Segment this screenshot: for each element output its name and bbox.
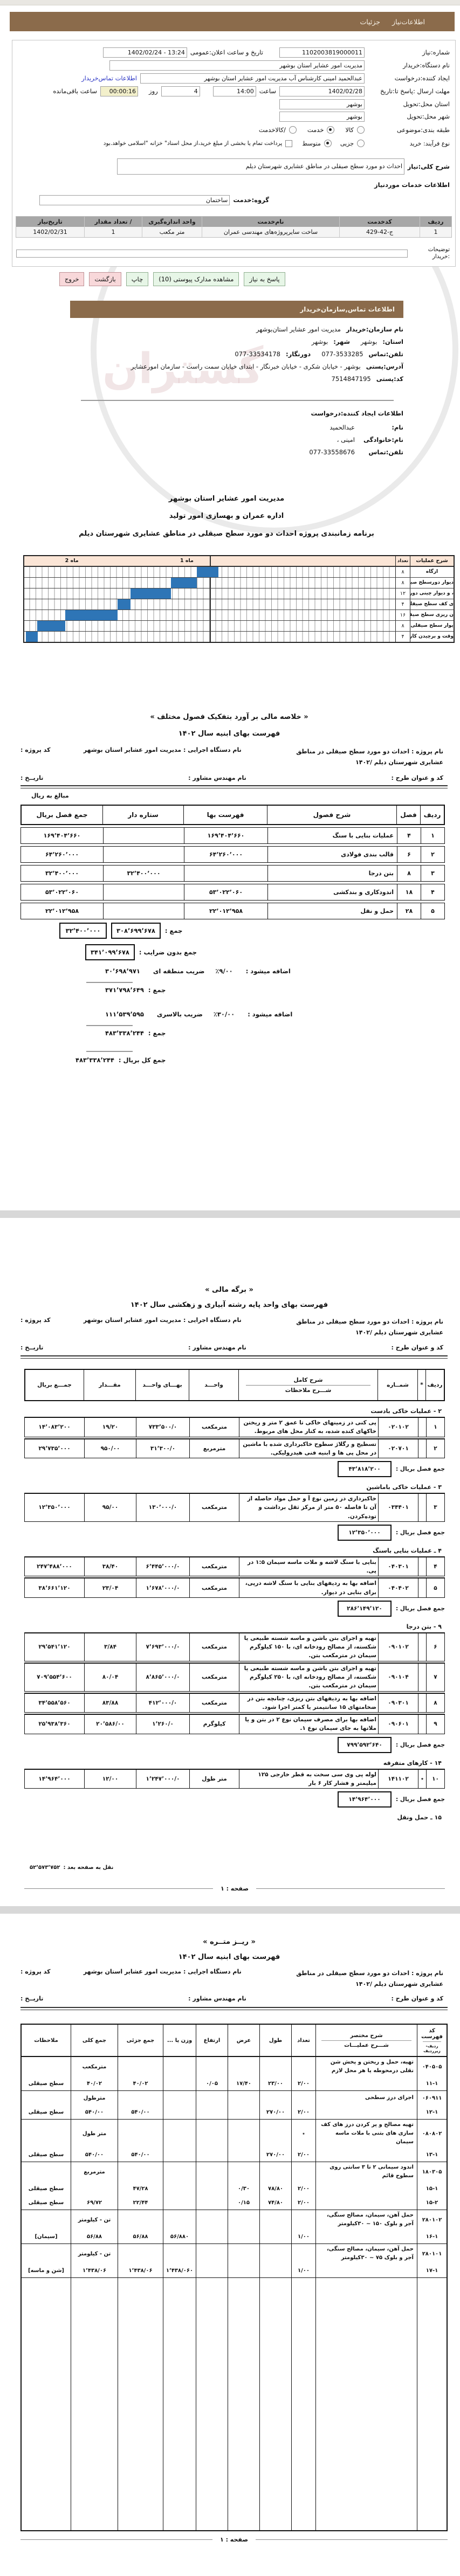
cell-total: ۳۸٬۶۶۱٬۱۲۰ — [25, 1578, 84, 1597]
rule — [86, 982, 133, 983]
tab-details[interactable]: جزئیات — [360, 18, 380, 26]
section-title: ۳ - عملیات خاکی باماشین — [24, 1483, 445, 1492]
action-button[interactable]: پاسخ به نیاز — [244, 272, 285, 286]
col-notes: ملاحظات — [22, 2025, 71, 2056]
cell-length: ۲۷۰/۰۰ — [259, 2148, 291, 2162]
remaining-time-input[interactable]: 00:00:16 — [100, 86, 138, 96]
riz-body: ۰۴۰۵۰۵ تهیه، حمل و ریختن و پخش شن نقلی د… — [22, 2057, 447, 2530]
cell-empty — [196, 2162, 228, 2182]
cell-unit: متر مکعب — [142, 227, 202, 237]
consultant-label: نام مهندس مشاور : — [188, 1344, 246, 1351]
col-quantity: مقـــدار — [84, 1370, 135, 1400]
riz-subtitle: فهرست بهای ابنیه سال ۱۴۰۲ — [19, 1953, 440, 1961]
action-button[interactable]: چاپ — [126, 272, 148, 286]
cell-star — [291, 2162, 315, 2182]
cell-grand-sum — [71, 2182, 118, 2196]
action-button[interactable]: بازگشت — [89, 272, 121, 286]
cell-note: سطح صیقلی — [22, 2182, 71, 2196]
cell-index: ۱ — [421, 828, 444, 843]
contact-line: کد:پستی7514847195 — [54, 375, 403, 383]
cell-total: ۱۴٬۹۶۴٬۰۰۰ — [25, 1770, 84, 1789]
page-number: صفحه : ۱ — [220, 2536, 248, 2543]
cell-grand-sum: ۵۴۰/۰۰ — [71, 2148, 118, 2162]
sum3-label: جمع : — [148, 1029, 166, 1037]
summary-row: ۵ ۲۸ حمل و نقل ۲۲٬۰۱۲٬۹۵۸ ۲۲٬۰۱۲٬۹۵۸ — [20, 903, 445, 919]
cell-empty — [163, 2091, 196, 2105]
cell-unit: مترمکعب — [189, 1578, 239, 1597]
cell-partial-sum: ۱٬۴۳۸/۰۶ — [118, 2263, 163, 2277]
riz-sub-row: ۱۳-۱ ۲/۰۰ ۲۷۰/۰۰ ۵۴۰/۰۰ ۵۴۰/۰۰ سطح — [22, 2148, 447, 2162]
remaining-label: ساعت باقی‌مانده — [53, 87, 97, 95]
cell-empty — [259, 2091, 291, 2105]
creator-block: اطلاعات ایجاد کننده:درخواست نام:عبدالحمی… — [54, 410, 403, 461]
cell-empty — [315, 2148, 417, 2162]
cell-empty — [196, 2057, 228, 2076]
cell-weight: ۵۶/۸۸۰ — [163, 2229, 196, 2243]
cell-sub-id: ۱۵-۲ — [417, 2196, 447, 2210]
cell-note: سطح صیقلی — [22, 2148, 71, 2162]
gantt-bar — [65, 610, 117, 620]
request-creator-label: ایجاد کننده:درخواست — [368, 74, 450, 82]
gantt-row: وقت و برچیدن کارگاه ۴ — [24, 631, 454, 642]
radio-goods[interactable] — [357, 126, 365, 134]
cell-index: ۲ — [426, 1439, 444, 1458]
summary-subtitle: فهرست بهای ابنیه سال ۱۴۰۲ — [19, 730, 440, 738]
double-rule — [20, 2007, 448, 2010]
gantt-bar — [37, 621, 65, 631]
services-heading: اطلاعات خدمات موردنیاز — [374, 179, 450, 190]
gantt-grid — [24, 567, 395, 577]
cell-chapter-total: ۳۲٬۴۰۰٬۰۰۰ — [21, 865, 103, 881]
date-label: تاریــخ : — [20, 1995, 43, 2002]
agency-label: نام دستگاه اجرایی : — [183, 1317, 242, 1324]
gantt-row: ن ریزی سطح صیقلی ۱۶ — [24, 610, 454, 620]
cell-desc: تهیه، حمل و ریختن و پخش شن نقلی درمحوطه … — [315, 2057, 417, 2076]
finsheet-row: ۵ ۰۴۰۴۰۲ اضافه بها به ردیفهای بنایی با س… — [24, 1577, 445, 1598]
gantt-row: یوار سطح صیقلی ۸ — [24, 620, 454, 631]
top-window-strip — [0, 0, 460, 5]
cell-empty — [22, 2210, 71, 2229]
service-table-body: 1 ج-42-429 ساخت سایرپروژه‌های مهندسی عمر… — [16, 227, 451, 237]
cell-service-name: ساخت سایرپروژه‌های مهندسی عمران — [202, 227, 339, 237]
section-title: ۱۴ - کارهای متفرقه — [24, 1758, 445, 1768]
cell-empty — [22, 2120, 71, 2148]
cell-length: ۷۴/۸۰ — [259, 2196, 291, 2210]
cell-desc: اجرای درز سطحی — [315, 2091, 417, 2105]
page-separator — [0, 1210, 460, 1218]
gantt-row: ، و دیوار چینی دور ۱۲ — [24, 588, 454, 599]
gantt-body: ارگاه ۸ دیوار دورسطح صیقلی ۸ ، و دیوار چ… — [24, 566, 454, 642]
chapter-total-line: جمع فصل بریال : ۴۳٬۸۱۸٬۲۰۰ — [24, 1461, 445, 1477]
cell-sub-id: ۱۶-۱ — [417, 2229, 447, 2243]
project-label: نام پروژه : — [411, 1970, 443, 1977]
finsheet-footer: صفحه : ۱ — [24, 1885, 445, 1892]
org-contact-bar-title: اطلاعات تماس,سازمان‌خریدار — [300, 306, 395, 313]
cell-chapter: ۲۸ — [397, 903, 421, 919]
chapter-total-label: جمع فصل بریال : — [396, 1605, 445, 1612]
cell-desc: تسطیح و رگلاژ سطوح خاکبرداری شده با ماشی… — [239, 1439, 378, 1458]
cell-length — [259, 2263, 291, 2277]
cell-empty — [163, 2244, 196, 2263]
cell-empty — [259, 2162, 291, 2182]
radio-small-purchase[interactable] — [357, 140, 365, 147]
contact-line: آدرس:پستیبوشهر - خیابان شکری - خیابان خب… — [54, 363, 403, 370]
cell-total: ۲۵٬۹۳۸٬۳۶۰ — [25, 1715, 84, 1734]
contact-line: نام سازمان:خریدارمدیریت امور عشایر استان… — [54, 326, 403, 333]
cell-unit: متر طول — [189, 1770, 239, 1789]
cell-chapter-desc: بتن درجا — [267, 865, 397, 881]
finsheet-meta-2: کد و عنوان طرح : نام مهندس مشاور : تاریـ… — [16, 1344, 448, 1351]
chapter-total-label: جمع فصل بریال : — [396, 1466, 445, 1472]
cell-width — [228, 2148, 259, 2162]
chapter-total-label: جمع فصل بریال : — [396, 1529, 445, 1536]
cell-empty — [315, 2263, 417, 2277]
buyer-notes-input[interactable] — [16, 250, 408, 258]
cell-star — [418, 1715, 426, 1734]
cell-star — [418, 1694, 426, 1713]
cell-empty — [196, 2091, 228, 2105]
cell-count: ۲/۰۰ — [291, 2148, 315, 2162]
finsheet-subtitle: فهرست بهای واحد پایه رشته آبیاری و زهکشی… — [19, 1301, 440, 1309]
finsheet-row: ۶ ۰۹۰۱۰۲ تهیه و اجرای بتن باشن و ماسه شس… — [24, 1632, 445, 1661]
finsheet-section: ۲ - عملیات خاکی بادست ۱ ۰۲۰۱۰۲ پی کنی در… — [24, 1407, 445, 1477]
cell-star — [418, 1418, 426, 1437]
buyer-org-input[interactable]: مدیریت امور عشایر استان بوشهر — [109, 60, 365, 71]
cell-desc: حمل آهن، سیمان، مصالح سنگی، آجر و بلوک ۷… — [315, 2244, 417, 2263]
chapter-total-line: جمع فصل بریال : ۲۸۶٬۱۴۹٬۱۲۰ — [24, 1601, 445, 1617]
finsheet-row: ۲ ۰۲۰۷۰۱ تسطیح و رگلاژ سطوح خاکبرداری شد… — [24, 1438, 445, 1459]
contact-label: استان: — [382, 338, 403, 345]
cell-tariff: ۵۳٬۰۲۲٬۰۶۰ — [184, 884, 267, 900]
gantt-month-divider — [210, 588, 211, 599]
action-button[interactable]: خروج — [59, 272, 84, 286]
cell-chapter-desc: حمل و نقل — [267, 903, 397, 919]
gantt-title-3: برنامه زمانبندی پروژه احداث دو مورد سطح … — [19, 530, 434, 538]
creator-line: تلفن:تماس077-33558676 — [54, 448, 403, 456]
cell-note: [شن و ماسه] — [22, 2263, 71, 2277]
creator-line: نام:خانوادگیامینی ، — [54, 436, 403, 444]
riz-group: ۰۸۰۸۰۲ تهیه مصالح و پر کردن درز های کف س… — [22, 2120, 447, 2162]
col-desc-1: شرح کامل — [241, 1377, 376, 1383]
project-code-label: کد پروژه : — [20, 1968, 50, 1975]
gantt-task-qty: ۸ — [395, 578, 410, 588]
finsheet-section: ۴ ـ عملیات بنایی باسنگ ۴ ۰۴۰۳۰۱ بنایی با… — [24, 1546, 445, 1617]
cell-star — [418, 1633, 426, 1661]
need-number-input[interactable]: 1102003819000011 — [279, 47, 365, 58]
cell-count: ۲/۰۰ — [291, 2105, 315, 2119]
finsheet-row: ۹ ۰۹۰۶۰۱ اضافه بها برای مصرف سیمان نوع ۲… — [24, 1714, 445, 1734]
cell-index: ۹ — [426, 1715, 444, 1734]
radio-goods-label: کالا — [345, 126, 354, 134]
cell-index: ۵ — [426, 1578, 444, 1597]
cell-unit-price: ۸٬۸۶۵٬۰۰۰/۰ — [136, 1664, 189, 1691]
cell-chapter-total: ۱۶۹٬۴۰۴٬۶۶۰ — [21, 828, 103, 843]
need-desc-input[interactable]: احداث دو مورد سطح صیقلی در مناطق عشایری … — [117, 158, 404, 175]
cell-unit: مترمکعب — [189, 1633, 239, 1661]
buyer-notes-label: توضیحات :خریدار — [411, 246, 450, 260]
cell-quantity: ۳/۸۴ — [84, 1633, 136, 1661]
cell-code: ۲۸۰۱۰۲ — [417, 2210, 447, 2229]
cell-need-date: 1402/02/31 — [16, 227, 84, 237]
cell-star: ٭ — [291, 2120, 315, 2148]
gantt-grid — [24, 588, 395, 599]
gantt-title-1: مدیریت امور عشایر استان بوشهر — [19, 495, 434, 503]
cell-length: ۷۸/۸۰ — [259, 2182, 291, 2196]
creator-line: نام:عبدالحمید — [54, 424, 403, 431]
cell-count: ۲/۰۰ — [291, 2196, 315, 2210]
cell-desc: اضافه بها به ردیفهای بنایی با سنگ لاشه د… — [239, 1578, 378, 1597]
riz-sub-row: ۱۱-۱ ۲/۰۰ ۲۳/۰۰ ۱۷/۴۰ ۰/۰۵ ۴۰/۰۲ ۴۰/۰۲ — [22, 2076, 447, 2090]
riz-group-header: ۰۶۰۹۱۱ اجرای درز سطحی مترطول — [22, 2091, 447, 2105]
section-title: ۴ ـ عملیات بنایی باسنگ — [24, 1546, 445, 1555]
process-type-label: نوع فرآیند: خرید — [368, 140, 450, 147]
cell-tariff: ۱۶۹٬۴۰۴٬۶۶۰ — [184, 828, 267, 843]
treasury-payment-checkbox[interactable] — [285, 140, 292, 147]
deadline-label: مهلت ارسال :پاسخ تا:تاریخ — [368, 87, 450, 95]
chapter-total-line: جمع فصل بریال : ۱۲٬۳۵۰٬۰۰۰ — [24, 1525, 445, 1541]
project-label: نام پروژه : — [411, 1318, 443, 1325]
summary-sum-line: جمع : ۳۰۸٬۶۹۹٬۶۷۸ ۳۲٬۴۰۰٬۰۰۰ — [59, 923, 182, 939]
cell-code: ۰۲۰۷۰۱ — [378, 1439, 418, 1458]
col-desc: شرح مختصر شـــرح عملیـــات — [315, 2025, 417, 2056]
gantt-grid — [24, 578, 395, 588]
cell-unit-price: ۱٬۶۷۸٬۰۰۰/۰ — [136, 1578, 189, 1597]
creator-value: عبدالحمید — [329, 424, 355, 431]
col-partial-sum: جمع جزئی — [118, 2025, 163, 2056]
buyer-contact-link[interactable]: اطلاعات تماس‌خریدار — [81, 74, 137, 82]
cell-code: ۱۴۱۱۰۲ — [378, 1770, 418, 1789]
cell-quantity: ۸۳/۸۸ — [84, 1694, 136, 1713]
cell-empty — [22, 2162, 71, 2182]
consultant-label: نام مهندس مشاور : — [188, 1995, 246, 2002]
gantt-bar — [131, 588, 170, 599]
page-separator — [0, 1906, 460, 1914]
service-table-row[interactable]: 1 ج-42-429 ساخت سایرپروژه‌های مهندسی عمر… — [16, 227, 451, 237]
cell-index: ۳ — [421, 865, 444, 881]
cell-starred — [103, 884, 184, 900]
cell-tariff — [184, 865, 267, 881]
gantt-month-divider — [210, 578, 211, 588]
contact-label: آدرس:پستی — [366, 363, 403, 370]
sum2-label: جمع : — [148, 986, 166, 994]
cell-index: ۵ — [421, 903, 444, 919]
cell-length: ۲۳/۰۰ — [259, 2076, 291, 2090]
city-input[interactable]: بوشهر — [279, 112, 365, 122]
gantt-months: ماه 1 ماه 2 — [24, 556, 395, 566]
cell-count: ۱/۰۰ — [291, 2229, 315, 2243]
cell-index: ۴ — [426, 1557, 444, 1576]
cell-empty — [315, 2196, 417, 2210]
cell-total: ۷۰۹٬۵۵۴٬۶۰۰ — [25, 1664, 84, 1691]
plan-label: کد و عنوان طرح : — [392, 774, 444, 781]
col-tariff: فهرست بها — [183, 806, 267, 824]
deadline-time-input[interactable]: 14:00 — [213, 86, 256, 96]
cell-code: ۰۳۴۴۰۱ — [378, 1494, 418, 1521]
cell-sub-id: ۱۱-۱ — [417, 2076, 447, 2090]
cell-unit: مترمکعب — [189, 1418, 239, 1437]
cell-star — [291, 2091, 315, 2105]
money-note: مبالغ به ریال — [31, 792, 69, 799]
gantt-task-qty: ۸ — [395, 567, 410, 577]
contact-value: بوشهر — [361, 338, 377, 345]
buyer-org-label: نام دستگاه:خریدار — [368, 61, 450, 69]
action-button[interactable]: مشاهده مدارک پیوستی (10) — [153, 272, 239, 286]
cell-total: ۲۹٬۷۳۵٬۰۰۰ — [25, 1439, 84, 1458]
cell-width: ۱۷/۴۰ — [228, 2076, 259, 2090]
contact-value: 7514847195 — [332, 375, 371, 383]
cell-starred — [103, 903, 184, 919]
radio-medium-label: متوسط — [302, 140, 321, 147]
gantt-task-name: یوار سطح صیقلی — [410, 621, 454, 631]
cell-height — [196, 2148, 228, 2162]
riz-sub-row: ۱۵-۱ ۲/۰۰ ۷۸/۸۰ ۰/۳۰ ۴۷/۲۸ سطح صیق — [22, 2182, 447, 2196]
cell-row: 1 — [420, 227, 451, 237]
cell-unit: مترطول — [71, 2091, 118, 2105]
cell-code: ۰۴۰۴۰۲ — [378, 1578, 418, 1597]
radio-small-label: جزیی — [340, 140, 354, 147]
sum2-value: ۳۷۱٬۷۹۸٬۶۴۹ — [105, 986, 144, 994]
cell-desc: بنایی با سنگ لاشه و ملات ماسه سیمان ۱:۵ … — [239, 1557, 378, 1576]
finsheet-row: ۴ ۰۴۰۳۰۱ بنایی با سنگ لاشه و ملات ماسه س… — [24, 1556, 445, 1577]
col-starred: ستاره دار — [102, 806, 183, 824]
days-input[interactable]: 4 — [161, 86, 200, 96]
col-desc-2: شـــرح ملاحظات — [241, 1387, 376, 1394]
gantt-bar — [197, 567, 219, 577]
col-grand-sum: جمع کلی — [71, 2025, 118, 2056]
cell-empty — [259, 2120, 291, 2148]
cell-unit: کیلوگرم — [189, 1715, 239, 1734]
cell-note: سطح صیقلی — [22, 2196, 71, 2210]
contact-value: 077-33534178 — [235, 350, 280, 358]
cell-code: ۰۶۰۹۱۱ — [417, 2091, 447, 2105]
section-title: ۹ - بتن درجا — [24, 1622, 445, 1631]
gantt-month-divider — [210, 632, 211, 642]
cell-total: ۱۲٬۳۵۰٬۰۰۰ — [25, 1494, 84, 1521]
gantt-title-2: اداره عمران و بهسازی امور تولید — [19, 512, 434, 520]
summary-region-line: اضافه میشود : ٪۹/۰۰ ضریب منطقه ای ۳۰٬۶۹۸… — [105, 967, 291, 975]
finsheet-sections: ۲ - عملیات خاکی بادست ۱ ۰۲۰۱۰۲ پی کنی در… — [24, 1407, 445, 1825]
region-label: ضریب منطقه ای — [153, 967, 205, 975]
gantt-row: ی کف سطح صیقلی ۴ — [24, 599, 454, 610]
col-service-name: نام‌خدمت — [202, 217, 339, 227]
cell-empty — [118, 2120, 163, 2148]
finsheet-row: ۳ ۰۳۴۴۰۱ خاکبرداری در زمین نوع آ و حمل م… — [24, 1493, 445, 1522]
cell-code: ۱۸۰۳۰۵ — [417, 2162, 447, 2182]
cell-index: ۷ — [426, 1664, 444, 1691]
col-need-date: تاریخ‌نیاز — [16, 217, 84, 227]
province-input[interactable]: بوشهر — [279, 99, 365, 109]
consultant-label: نام مهندس مشاور : — [188, 774, 246, 781]
cell-grand-sum: ۴۰/۰۲ — [71, 2076, 118, 2090]
cell-empty — [118, 2057, 163, 2076]
radio-medium-purchase[interactable] — [324, 140, 332, 147]
cell-chapter-desc: اندودکاری و بندکشی — [267, 884, 397, 900]
cell-quantity: ۲۰٬۵۸۶/۰۰ — [84, 1715, 136, 1734]
gantt-task-name: ، و دیوار چینی دور — [410, 588, 454, 599]
summary-sum3-line: جمع : ۴۸۳٬۳۳۸٬۲۴۴ — [105, 1029, 166, 1037]
cell-length — [259, 2229, 291, 2243]
plan-label: کد و عنوان طرح : — [392, 1344, 444, 1351]
cell-count: ۲/۰۰ — [291, 2182, 315, 2196]
cell-desc: تهیه مصالح و پر کردن درز های کف سازی های… — [315, 2120, 417, 2148]
gantt-row: دیوار دورسطح صیقلی ۸ — [24, 577, 454, 588]
summary-table-header: ردیف فصل شرح فصول فهرست بها ستاره دار جم… — [20, 805, 445, 825]
gantt-task-qty: ۱۲ — [395, 588, 410, 599]
sum-main-box: ۳۰۸٬۶۹۹٬۶۷۸ — [111, 923, 161, 939]
agency-value: مدیریت امور عشایر استان بوشهر — [84, 1317, 181, 1324]
cell-total: ۲۴۷٬۴۸۸٬۰۰۰ — [25, 1557, 84, 1576]
cell-partial-sum: ۴۰/۰۲ — [118, 2076, 163, 2090]
cell-weight — [163, 2148, 196, 2162]
cell-star — [418, 1664, 426, 1691]
cell-code: ۰۹۰۶۰۱ — [378, 1715, 418, 1734]
grand-label: جمع کل بریال : — [119, 1056, 166, 1064]
finsheet-row: ۱۰ ٭ ۱۴۱۱۰۲ لوله پی وی سی سخت به قطر خار… — [24, 1769, 445, 1789]
org-contact-block: نام سازمان:خریدارمدیریت امور عشایر استان… — [54, 326, 403, 387]
col-width: عرض — [228, 2025, 259, 2056]
cell-unit-price: ۶٬۴۴۵٬۰۰۰/۰ — [136, 1557, 189, 1576]
page-canvas: هزاره گستران اطلاعات‌نیاز جزئیات شماره:ن… — [0, 0, 460, 2576]
nocoef-label: جمع بدون ضرایب : — [139, 948, 197, 956]
cell-partial-sum: ۲۲/۴۴ — [118, 2196, 163, 2210]
announce-input[interactable]: 1402/02/24 - 13:24 — [103, 47, 187, 58]
cell-code: ۰۲۰۱۰۲ — [378, 1418, 418, 1437]
cell-unit: تن - کیلومتر — [71, 2210, 118, 2229]
service-group-input[interactable]: ساختمان — [39, 195, 230, 205]
cell-chapter-total: ۲۲٬۰۱۲٬۹۵۸ — [21, 903, 103, 919]
summary-nocoef-line: جمع بدون ضرایب : ۳۴۱٬۰۹۹٬۶۷۸ — [85, 944, 197, 960]
summary-overhead-line: اضافه میشود : ٪۳۰/۰۰ ضریب بالاسری ۱۱۱٬۵۳… — [105, 1010, 292, 1018]
cell-height — [196, 2229, 228, 2243]
gantt-grid — [24, 632, 395, 642]
radio-goods-service[interactable] — [289, 126, 297, 134]
cell-count: ۱/۰۰ — [291, 2263, 315, 2277]
request-creator-input[interactable]: عبدالحمید امینی کارشناس آب مدیریت امور ع… — [140, 73, 365, 84]
contact-value: مدیریت امور عشایر استان‌بوشهر — [256, 326, 341, 333]
tab-need-info[interactable]: اطلاعات‌نیاز — [392, 18, 425, 26]
chapter-total-label: جمع فصل بریال : — [396, 1796, 445, 1803]
gantt-task-name: ن ریزی سطح صیقلی — [410, 610, 454, 620]
summary-meta-2: کد و عنوان طرح : نام مهندس مشاور : تاریـ… — [16, 774, 448, 781]
cell-partial-sum: ۵۴۰/۰۰ — [118, 2105, 163, 2119]
col-index: ردیف — [420, 806, 444, 824]
riz-meta-2: کد و عنوان طرح : نام مهندس مشاور : تاریـ… — [16, 1995, 448, 2002]
cell-chapter-total: ۶۴٬۲۶۰٬۰۰۰ — [21, 847, 103, 862]
cell-height — [196, 2182, 228, 2196]
cell-desc: تهیه و اجرای بتن باشن و ماسه شسته طبیعی … — [239, 1633, 378, 1661]
cell-length: ۲۷۰/۰۰ — [259, 2105, 291, 2119]
agency-value: مدیریت امور عشایر استان بوشهر — [84, 746, 181, 753]
deadline-date-input[interactable]: 1402/02/28 — [279, 86, 365, 96]
riz-sub-row: ۱۷-۱ ۱/۰۰ ۱٬۴۳۸/۰۶۰ ۱٬۴۳۸/۰۶ ۱٬۴۳۸/۰۶ — [22, 2263, 447, 2277]
cell-grand-sum: ۶۹/۷۲ — [71, 2196, 118, 2210]
finsheet-section: ۱۴ - کارهای متفرقه ۱۰ ٭ ۱۴۱۱۰۲ لوله پی و… — [24, 1758, 445, 1808]
cell-width — [228, 2105, 259, 2119]
cell-star: ٭ — [418, 1770, 426, 1789]
riz-empty-area — [22, 2278, 447, 2530]
cell-code: ۲۸۰۱۰۱ — [417, 2244, 447, 2263]
cell-empty — [163, 2057, 196, 2076]
cell-height — [196, 2263, 228, 2277]
radio-service[interactable] — [327, 126, 334, 134]
creator-label: تلفن:تماس — [360, 448, 403, 456]
cell-unit: مترمربع — [71, 2162, 118, 2182]
gantt-grid — [24, 599, 395, 610]
cell-total: ۱۴٬۰۸۳٬۲۰۰ — [25, 1418, 84, 1437]
summary-row: ۲ ۶ قالب بندی فولادی ۶۴٬۲۶۰٬۰۰۰ ۶۴٬۲۶۰٬۰… — [20, 846, 445, 863]
cell-index: ۱۰ — [426, 1770, 444, 1789]
cell-sub-id: ۱۷-۱ — [417, 2263, 447, 2277]
